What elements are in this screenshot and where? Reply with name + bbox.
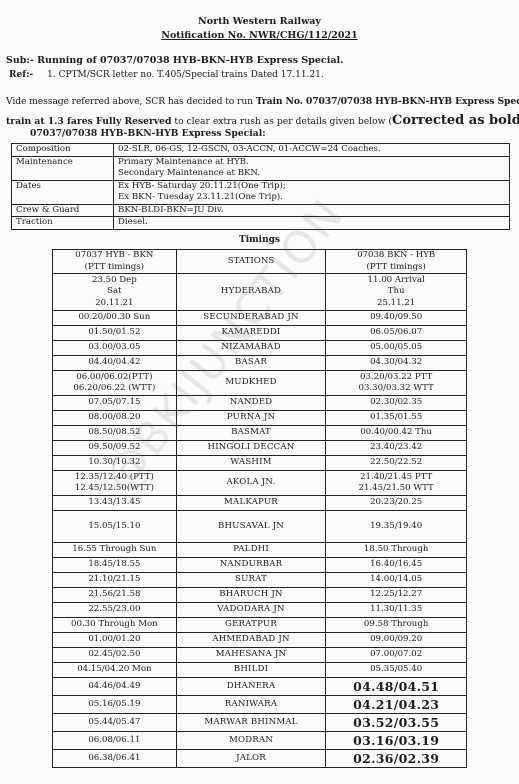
- header-07038: 07038 BKN - HYB(PTT timings): [326, 250, 467, 274]
- timing-row: 03.00/03.05NIZAMABAD05.00/05.05: [53, 341, 467, 356]
- down-time: 06.38/06.41: [53, 750, 177, 768]
- station-name: HYDERABAD: [176, 274, 326, 311]
- down-time: 07.05/07.15: [53, 396, 177, 411]
- down-time: 16.55 Through Sun: [53, 543, 177, 558]
- station-name: WASHIM: [176, 456, 326, 471]
- timing-row: 05.44/05.47MARWAR BHINMAL03.52/03.55: [53, 714, 467, 732]
- timing-row: 08.00/08.20PURNA JN01.35/01.55: [53, 411, 467, 426]
- header-07037: 07037 HYB - BKN(PTT timings): [53, 250, 177, 274]
- down-time: 00.30 Through Mon: [53, 618, 177, 633]
- timing-row: 00.30 Through MonGERATPUR09.58 Through: [53, 618, 467, 633]
- info-key: Crew & Guard: [12, 204, 114, 217]
- timings-title: Timings: [0, 235, 519, 245]
- up-time: 12.25/12.27: [326, 588, 467, 603]
- timing-row: 23.50 DepSat20.11.21HYDERABAD11.00 Arriv…: [53, 274, 467, 311]
- up-time: 18.50 Through: [326, 543, 467, 558]
- train-heading: 07037/07038 HYB-BKN-HYB Express Special:: [30, 128, 266, 139]
- down-time: 23.50 DepSat20.11.21: [53, 274, 177, 311]
- timing-row: 16.55 Through SunPALDHI18.50 Through: [53, 543, 467, 558]
- up-time: 02.30/02.35: [326, 396, 467, 411]
- up-time: 04.48/04.51: [326, 678, 467, 696]
- timing-row: 08.50/08.52BASMAT00.40/00.42 Thu: [53, 426, 467, 441]
- up-time: 06.05/06.07: [326, 326, 467, 341]
- info-value: Ex HYB- Saturday 20.11.21(One Trip);Ex B…: [114, 180, 510, 204]
- down-time: 04.40/04.42: [53, 356, 177, 371]
- body-text: to clear extra rush as per details given…: [171, 116, 392, 127]
- down-time: 15.05/15.10: [53, 511, 177, 543]
- up-time: 19.35/19.40: [326, 511, 467, 543]
- timing-row: 04.46/04.49DHANERA04.48/04.51: [53, 678, 467, 696]
- up-time: 09.40/09.50: [326, 311, 467, 326]
- station-name: BASMAT: [176, 426, 326, 441]
- up-time: 16.40/16.45: [326, 558, 467, 573]
- timing-row: 04.40/04.42BASAR04.30/04.32: [53, 356, 467, 371]
- info-row: Composition02-SLR, 06-GS, 12-GSCN, 03-AC…: [12, 144, 510, 157]
- station-name: NANDED: [176, 396, 326, 411]
- down-time: 04.46/04.49: [53, 678, 177, 696]
- timing-row: 21.10/21.15SURAT14.00/14.05: [53, 573, 467, 588]
- station-name: MAHESANA JN: [176, 648, 326, 663]
- up-time: 05.35/05.40: [326, 663, 467, 678]
- info-value: BKN-BLDI-BKN=JU Div.: [114, 204, 510, 217]
- up-time: 20.23/20.25: [326, 496, 467, 511]
- timing-row: 06.38/06.41JALOR02.36/02.39: [53, 750, 467, 768]
- up-time: 23.40/23.42: [326, 441, 467, 456]
- station-name: MARWAR BHINMAL: [176, 714, 326, 732]
- station-name: GERATPUR: [176, 618, 326, 633]
- station-name: PALDHI: [176, 543, 326, 558]
- station-name: NIZAMABAD: [176, 341, 326, 356]
- up-time: 11.00 ArrivalThu25.11.21: [326, 274, 467, 311]
- up-time: 00.40/00.42 Thu: [326, 426, 467, 441]
- down-time: 09.50/09.52: [53, 441, 177, 456]
- up-time: 22.50/22.52: [326, 456, 467, 471]
- timing-row: 12.35/12.40 (PTT)12.45/12.50(WTT)AKOLA J…: [53, 471, 467, 496]
- down-time: 13.43/13.45: [53, 496, 177, 511]
- down-time: 01.50/01.52: [53, 326, 177, 341]
- info-value: 02-SLR, 06-GS, 12-GSCN, 03-ACCN, 01-ACCW…: [114, 144, 510, 157]
- info-key: Maintenance: [12, 156, 114, 180]
- info-value: Diesel.: [114, 217, 510, 230]
- down-time: 06.00/06.02(PTT)06.20/06.22 (WTT): [53, 371, 177, 396]
- body-bold-text: Train No. 07037/07038 HYB-BKN-HYB Expres…: [256, 96, 519, 107]
- up-time: 03.16/03.19: [326, 732, 467, 750]
- organization-name: North Western Railway: [0, 16, 519, 27]
- up-time: 09.00/09.20: [326, 633, 467, 648]
- reference-label: Ref:-: [9, 70, 33, 80]
- down-time: 08.50/08.52: [53, 426, 177, 441]
- down-time: 00.20/00.30 Sun: [53, 311, 177, 326]
- station-name: KAMAREDDI: [176, 326, 326, 341]
- station-name: NANDURBAR: [176, 558, 326, 573]
- info-key: Composition: [12, 144, 114, 157]
- station-name: BASAR: [176, 356, 326, 371]
- timing-row: 15.05/15.10BHUSAVAL JN19.35/19.40: [53, 511, 467, 543]
- down-time: 04.15/04.20 Mon: [53, 663, 177, 678]
- down-time: 02.45/02.50: [53, 648, 177, 663]
- down-time: 01.00/01.20: [53, 633, 177, 648]
- notification-number: Notification No. NWR/CHG/112/2021: [0, 30, 519, 41]
- timing-row: 06.00/06.02(PTT)06.20/06.22 (WTT)MUDKHED…: [53, 371, 467, 396]
- info-value: Primary Maintenance at HYB.Secondary Mai…: [114, 156, 510, 180]
- info-row: TractionDiesel.: [12, 217, 510, 230]
- station-name: PURNA JN: [176, 411, 326, 426]
- up-time: 14.00/14.05: [326, 573, 467, 588]
- up-time: 03.20/03.22 PTT03.30/03.32 WTT: [326, 371, 467, 396]
- info-key: Dates: [12, 180, 114, 204]
- down-time: 18.45/18.55: [53, 558, 177, 573]
- down-time: 05.44/05.47: [53, 714, 177, 732]
- station-name: JALOR: [176, 750, 326, 768]
- station-name: AKOLA JN.: [176, 471, 326, 496]
- timing-row: 01.50/01.52KAMAREDDI06.05/06.07: [53, 326, 467, 341]
- reference-line: Ref:-1. CPTM/SCR letter no. T.405/Specia…: [9, 70, 324, 80]
- timings-table: 07037 HYB - BKN(PTT timings)STATIONS0703…: [52, 249, 467, 768]
- station-name: SURAT: [176, 573, 326, 588]
- station-name: MODRAN: [176, 732, 326, 750]
- up-time: 03.52/03.55: [326, 714, 467, 732]
- down-time: 12.35/12.40 (PTT)12.45/12.50(WTT): [53, 471, 177, 496]
- timing-row: 06.08/06.11MODRAN03.16/03.19: [53, 732, 467, 750]
- station-name: BHUSAVAL JN: [176, 511, 326, 543]
- station-name: VADODARA JN: [176, 603, 326, 618]
- subject-line: Sub:- Running of 07037/07038 HYB-BKN-HYB…: [6, 55, 343, 66]
- timing-row: 07.05/07.15NANDED02.30/02.35: [53, 396, 467, 411]
- timing-row: 09.50/09.52HINGOLI DECCAN23.40/23.42: [53, 441, 467, 456]
- station-name: BHILDI: [176, 663, 326, 678]
- timing-row: 04.15/04.20 MonBHILDI05.35/05.40: [53, 663, 467, 678]
- body-paragraph-line-2: train at 1.3 fares Fully Reserved to cle…: [6, 113, 519, 128]
- up-time: 09.58 Through: [326, 618, 467, 633]
- down-time: 10.30/10.32: [53, 456, 177, 471]
- body-bold-text: train at 1.3 fares Fully Reserved: [6, 116, 171, 127]
- up-time: 04.30/04.32: [326, 356, 467, 371]
- info-row: MaintenancePrimary Maintenance at HYB.Se…: [12, 156, 510, 180]
- timing-row: 02.45/02.50MAHESANA JN07.00/07.02: [53, 648, 467, 663]
- timing-row: 05.16/05.19RANIWARA04.21/04.23: [53, 696, 467, 714]
- down-time: 06.08/06.11: [53, 732, 177, 750]
- down-time: 21.56/21.58: [53, 588, 177, 603]
- header-stations: STATIONS: [176, 250, 326, 274]
- corrected-note: Corrected as bold: [392, 113, 519, 128]
- up-time: 02.36/02.39: [326, 750, 467, 768]
- station-name: RANIWARA: [176, 696, 326, 714]
- timing-row: 13.43/13.45MALKAPUR20.23/20.25: [53, 496, 467, 511]
- station-name: MUDKHED: [176, 371, 326, 396]
- timing-row: 00.20/00.30 SunSECUNDERABAD JN09.40/09.5…: [53, 311, 467, 326]
- info-key: Traction: [12, 217, 114, 230]
- timing-row: 18.45/18.55NANDURBAR16.40/16.45: [53, 558, 467, 573]
- down-time: 05.16/05.19: [53, 696, 177, 714]
- train-info-table: Composition02-SLR, 06-GS, 12-GSCN, 03-AC…: [11, 143, 510, 230]
- up-time: 21.40/21.45 PTT21.45/21.50 WTT: [326, 471, 467, 496]
- station-name: HINGOLI DECCAN: [176, 441, 326, 456]
- timing-row: 22.55/23.00VADODARA JN11.30/11.35: [53, 603, 467, 618]
- station-name: DHANERA: [176, 678, 326, 696]
- station-name: MALKAPUR: [176, 496, 326, 511]
- station-name: AHMEDABAD JN: [176, 633, 326, 648]
- down-time: 22.55/23.00: [53, 603, 177, 618]
- timing-row: 21.56/21.58BHARUCH JN12.25/12.27: [53, 588, 467, 603]
- up-time: 07.00/07.02: [326, 648, 467, 663]
- info-row: DatesEx HYB- Saturday 20.11.21(One Trip)…: [12, 180, 510, 204]
- down-time: 21.10/21.15: [53, 573, 177, 588]
- info-row: Crew & GuardBKN-BLDI-BKN=JU Div.: [12, 204, 510, 217]
- down-time: 03.00/03.05: [53, 341, 177, 356]
- body-text: Vide message referred above, SCR has dec…: [6, 96, 256, 107]
- up-time: 01.35/01.55: [326, 411, 467, 426]
- timing-row: 10.30/10.32WASHIM22.50/22.52: [53, 456, 467, 471]
- body-paragraph-line-1: Vide message referred above, SCR has dec…: [6, 96, 519, 107]
- down-time: 08.00/08.20: [53, 411, 177, 426]
- up-time: 04.21/04.23: [326, 696, 467, 714]
- up-time: 11.30/11.35: [326, 603, 467, 618]
- up-time: 05.00/05.05: [326, 341, 467, 356]
- reference-text: 1. CPTM/SCR letter no. T.405/Special tra…: [47, 70, 324, 80]
- station-name: SECUNDERABAD JN: [176, 311, 326, 326]
- station-name: BHARUCH JN: [176, 588, 326, 603]
- timing-row: 01.00/01.20AHMEDABAD JN09.00/09.20: [53, 633, 467, 648]
